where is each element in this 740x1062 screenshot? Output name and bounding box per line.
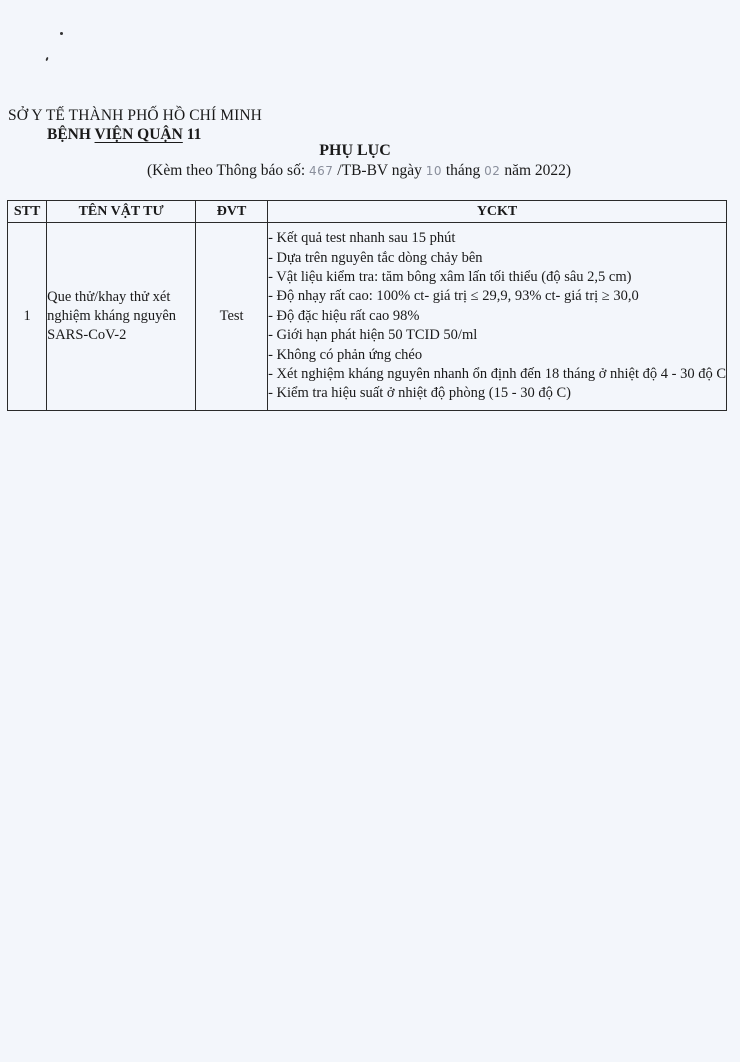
requirement-item: Không có phản ứng chéo bbox=[268, 346, 726, 365]
column-header-item-name: TÊN VẬT TƯ bbox=[47, 201, 196, 223]
requirement-item: Kết quả test nhanh sau 15 phút bbox=[268, 229, 726, 248]
row-stt: 1 bbox=[8, 223, 47, 411]
requirement-item: Vật liệu kiểm tra: tăm bông xâm lấn tối … bbox=[268, 268, 726, 287]
hospital-name-underlined: VIỆN QUẬN bbox=[95, 126, 183, 143]
column-header-stt: STT bbox=[8, 201, 47, 223]
scan-speck bbox=[60, 32, 63, 35]
subtitle-text: /TB-BV ngày bbox=[333, 162, 425, 179]
requirement-item: Độ đặc hiệu rất cao 98% bbox=[268, 307, 726, 326]
month-handwritten: 02 bbox=[484, 164, 500, 178]
row-unit: Test bbox=[196, 223, 268, 411]
appendix-title: PHỤ LỤC bbox=[0, 142, 710, 160]
table-header-row: STT TÊN VẬT TƯ ĐVT YCKT bbox=[8, 201, 727, 223]
requirement-item: Dựa trên nguyên tắc dòng chảy bên bbox=[268, 249, 726, 268]
hospital-name-prefix: BỆNH bbox=[47, 126, 95, 143]
requirement-item: Kiểm tra hiệu suất ở nhiệt độ phòng (15 … bbox=[268, 384, 726, 403]
subtitle-text: năm 2022) bbox=[500, 162, 571, 179]
subtitle-text: (Kèm theo Thông báo số: bbox=[147, 162, 309, 179]
supply-spec-table: STT TÊN VẬT TƯ ĐVT YCKT 1 Que thử/khay t… bbox=[7, 200, 727, 411]
row-item-name: Que thử/khay thử xét nghiệm kháng nguyên… bbox=[47, 223, 196, 411]
subtitle-text: tháng bbox=[442, 162, 484, 179]
notice-number-handwritten: 467 bbox=[309, 164, 333, 178]
row-requirements: Kết quả test nhanh sau 15 phút Dựa trên … bbox=[268, 223, 727, 411]
day-handwritten: 10 bbox=[426, 164, 442, 178]
requirement-item: Độ nhạy rất cao: 100% ct- giá trị ≤ 29,9… bbox=[268, 287, 726, 306]
column-header-requirements: YCKT bbox=[268, 201, 727, 223]
requirements-list: Kết quả test nhanh sau 15 phút Dựa trên … bbox=[268, 229, 726, 404]
department-name: SỞ Y TẾ THÀNH PHỐ HỒ CHÍ MINH bbox=[8, 107, 262, 125]
requirement-item: Xét nghiệm kháng nguyên nhanh ổn định đế… bbox=[268, 365, 726, 384]
column-header-unit: ĐVT bbox=[196, 201, 268, 223]
scan-speck bbox=[45, 57, 48, 61]
appendix-subtitle: (Kèm theo Thông báo số: 467 /TB-BV ngày … bbox=[147, 162, 571, 180]
table-row: 1 Que thử/khay thử xét nghiệm kháng nguy… bbox=[8, 223, 727, 411]
hospital-name-suffix: 11 bbox=[183, 126, 202, 143]
requirement-item: Giới hạn phát hiện 50 TCID 50/ml bbox=[268, 326, 726, 345]
